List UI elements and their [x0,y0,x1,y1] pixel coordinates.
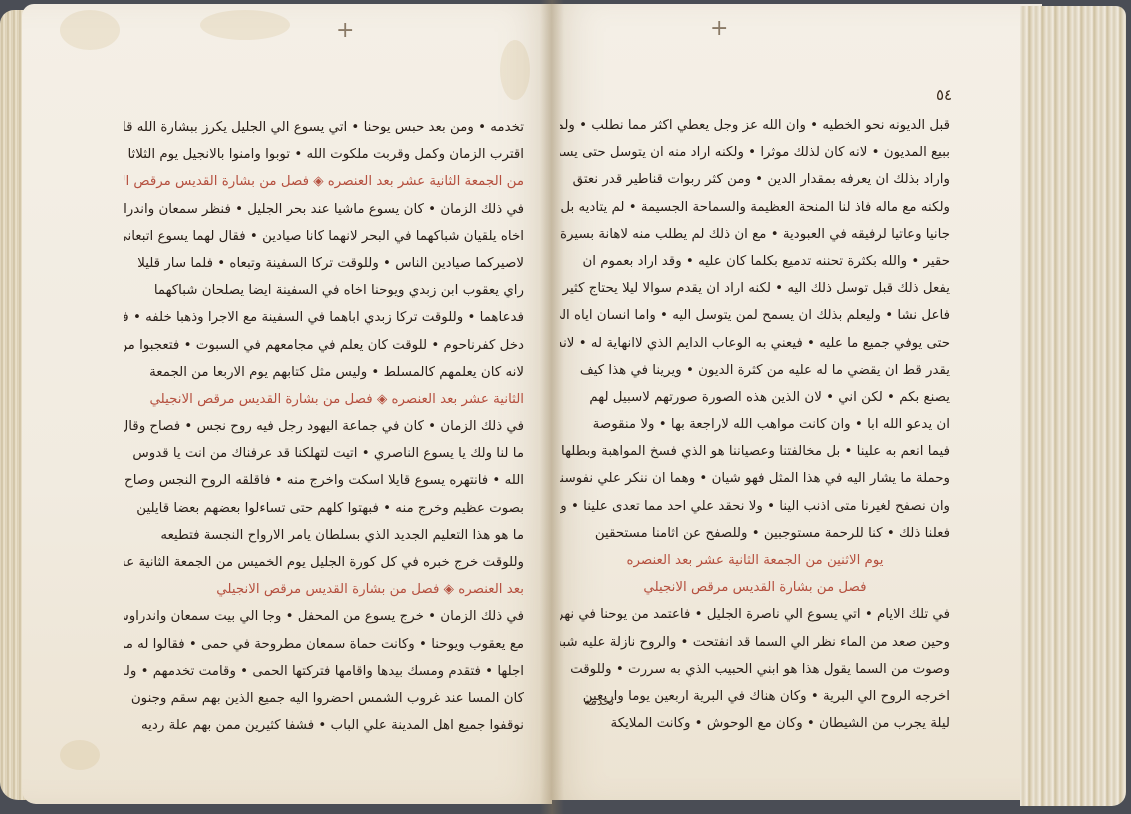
open-manuscript: + + ٥٤ تخدمه • ومن بعد حبس يوحنا • اتي ي… [0,0,1131,814]
text-line: وان نصفح لغيرنا متى اذنب الينا • ولا نحق… [560,493,950,520]
rubric-line: فصل من بشارة القديس مرقص الانجيلي [560,574,950,601]
text-line: في ذلك الزمان • كان في جماعة اليهود رجل … [124,413,524,440]
text-line: وصوت من السما يقول هذا هو ابني الحبيب ال… [560,656,950,683]
text-line: قبل الديونه نحو الخطيه • وان الله عز وجل… [560,112,950,139]
text-line: لاصيركما صيادين الناس • وللوقت تركا السف… [124,250,524,277]
text-line: في تلك الايام • اتي يسوع الي ناصرة الجلي… [560,601,950,628]
text-line: ليلة يجرب من الشيطان • وكان مع الوحوش • … [560,710,950,737]
text-line: كان المسا عند غروب الشمس احضروا اليه جمي… [124,685,524,712]
text-line: ما لنا ولك يا يسوع الناصري • اتيت لتهلكن… [124,440,524,467]
text-line: وحملة ما يشار اليه في هذا المثل فهو شيان… [560,465,950,492]
text-line: اجلها • فتقدم ومسك بيدها واقامها فتركتها… [124,658,524,685]
text-line: ببيع المديون • لانه كان لذلك موثرا • ولك… [560,139,950,166]
text-line: مع يعقوب ويوحنا • وكانت حماة سمعان مطروح… [124,631,524,658]
rubric-line: بعد العنصره ◈ فصل من بشارة القديس مرقص ا… [124,576,524,603]
right-page-text: قبل الديونه نحو الخطيه • وان الله عز وجل… [560,112,950,737]
paper-stain [500,40,530,100]
text-line: حتى يوفي جميع ما عليه • فيعني به الوعاب … [560,330,950,357]
rubric-line: يوم الاثنين من الجمعة الثانية عشر بعد ال… [560,547,950,574]
text-line: بصوت عظيم وخرج منه • فبهتوا كلهم حتى تسا… [124,495,524,522]
text-line: يقدر قط ان يقضي ما له عليه من كثرة الديو… [560,357,950,384]
text-line: واراد بذلك ان يعرفه بمقدار الدين • ومن ك… [560,166,950,193]
text-line: حقير • والله بكثرة تحننه تدميع بكلما كان… [560,248,950,275]
text-line: يفعل ذلك قبل توسل ذلك اليه • لكنه اراد ا… [560,275,950,302]
text-line: دخل كفرناحوم • للوقت كان يعلم في مجامعهم… [124,332,524,359]
text-line: راي يعقوب ابن زبدي ويوحنا اخاه في السفين… [124,277,524,304]
text-line: لانه كان يعلمهم كالمسلط • وليس مثل كتابه… [124,359,524,386]
left-page-text: تخدمه • ومن بعد حبس يوحنا • اتي يسوع الي… [124,114,524,739]
text-line: ما هو هذا التعليم الجديد الذي بسلطان يام… [124,522,524,549]
right-page-edges [1020,6,1126,806]
paper-stain [200,10,290,40]
catchword: تخدمه [584,694,614,708]
text-line: وللوقت خرج خبره في كل كورة الجليل يوم ال… [124,549,524,576]
rubric-line: من الجمعة الثانية عشر بعد العنصره ◈ فصل … [124,168,524,195]
text-line: وحين صعد من الماء نظر الي السما قد انفتح… [560,629,950,656]
ruling-cross-mark: + [710,18,728,40]
text-line: ولكنه مع ماله فاذ لنا المنحة العظيمة وال… [560,194,950,221]
text-line: فعلنا ذلك • كنا للرحمة مستوجبين • وللصفح… [560,520,950,547]
paper-stain [60,10,120,50]
rubric-line: الثانية عشر بعد العنصره ◈ فصل من بشارة ا… [124,386,524,413]
text-line: اخاه يلقيان شباكهما في البحر لانهما كانا… [124,223,524,250]
text-line: في ذلك الزمان • كان يسوع ماشيا عند بحر ا… [124,196,524,223]
text-line: فدعاهما • وللوقت تركا زبدي اباهما في الس… [124,304,524,331]
text-line: تخدمه • ومن بعد حبس يوحنا • اتي يسوع الي… [124,114,524,141]
text-line: في ذلك الزمان • خرج يسوع من المحفل • وجا… [124,603,524,630]
text-line: اقترب الزمان وكمل وقربت ملكوت الله • توب… [124,141,524,168]
text-line: نوقفوا جميع اهل المدينة علي الباب • فشفا… [124,712,524,739]
ruling-cross-mark: + [336,20,354,42]
paper-stain [60,740,100,770]
text-line: جانيا وعاتيا لرفيقه في العبودية • مع ان … [560,221,950,248]
text-line: الله • فانتهره يسوع قايلا اسكت واخرج منه… [124,467,524,494]
text-line: فاعل نشا • وليعلم بذلك ان يسمح لمن يتوسل… [560,302,950,329]
text-line: فيما انعم به علينا • بل مخالفتنا وعصيانن… [560,438,950,465]
text-line: ان يدعو الله ابا • وان كانت مواهب الله ل… [560,411,950,438]
text-line: اخرجه الروح الي البرية • وكان هناك في ال… [560,683,950,710]
text-line: يصنع بكم • لكن اني • لان الذين هذه الصور… [560,384,950,411]
folio-number: ٥٤ [936,86,952,104]
